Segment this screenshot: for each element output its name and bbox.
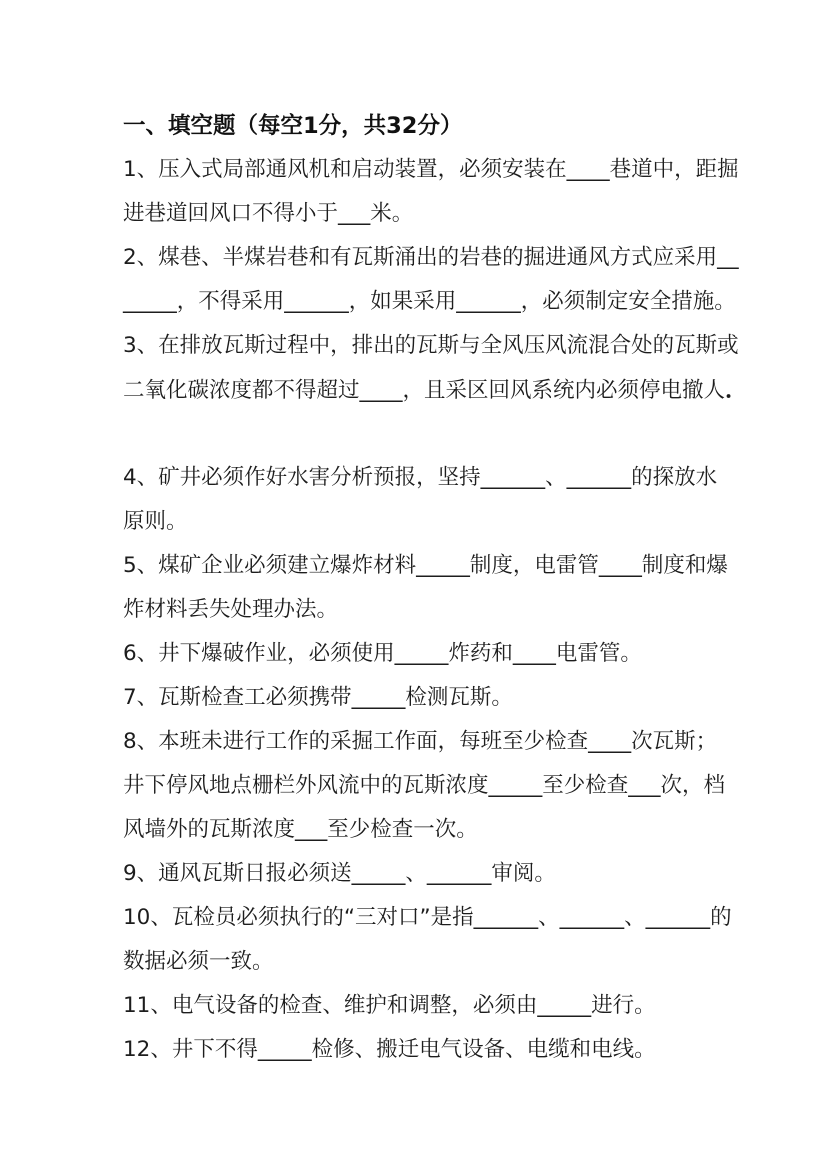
question-7-line-1: 7、瓦斯检查工必须携带_____检测瓦斯。	[123, 676, 743, 720]
question-8-line-2: 井下停风地点栅栏外风流中的瓦斯浓度_____至少检查___次，档	[123, 764, 743, 808]
question-2-line-2: _____，不得采用______，如果采用______，必须制定安全措施。	[123, 280, 743, 324]
question-3-line-1: 3、在排放瓦斯过程中，排出的瓦斯与全风压风流混合处的瓦斯或	[123, 324, 743, 368]
question-11-line-1: 11、电气设备的检查、维护和调整，必须由_____进行。	[123, 984, 743, 1028]
questions-list: 1、压入式局部通风机和启动装置，必须安装在____巷道中，距掘进巷道回风口不得小…	[123, 148, 743, 1072]
question-1-line-1: 1、压入式局部通风机和启动装置，必须安装在____巷道中，距掘	[123, 148, 743, 192]
question-12-line-1: 12、井下不得_____检修、搬迁电气设备、电缆和电线。	[123, 1028, 743, 1072]
exam-document-page: 一、填空题（每空1分，共32分） 1、压入式局部通风机和启动装置，必须安装在__…	[0, 0, 826, 1169]
section-heading: 一、填空题（每空1分，共32分）	[123, 104, 743, 148]
question-9-line-1: 9、通风瓦斯日报必须送_____、______审阅。	[123, 852, 743, 896]
question-3-line-2: 二氧化碳浓度都不得超过____，且采区回风系统内必须停电撤人．	[123, 368, 743, 412]
question-8-line-1: 8、本班未进行工作的采掘工作面，每班至少检查____次瓦斯；	[123, 720, 743, 764]
question-1-line-2: 进巷道回风口不得小于___米。	[123, 192, 743, 236]
question-10-line-1: 10、瓦检员必须执行的“三对口”是指______、______、______的	[123, 896, 743, 940]
question-8-line-3: 风墙外的瓦斯浓度___至少检查一次。	[123, 808, 743, 852]
question-5-line-1: 5、煤矿企业必须建立爆炸材料_____制度，电雷管____制度和爆	[123, 544, 743, 588]
question-5-line-2: 炸材料丢失处理办法。	[123, 588, 743, 632]
question-4-line-1: 4、矿井必须作好水害分析预报，坚持______、______的探放水	[123, 456, 743, 500]
question-3-end-period: ．	[725, 377, 748, 403]
blank-line-spacer	[123, 412, 743, 456]
question-2-line-1: 2、煤巷、半煤岩巷和有瓦斯涌出的岩巷的掘进通风方式应采用__	[123, 236, 743, 280]
question-6-line-1: 6、井下爆破作业，必须使用_____炸药和____电雷管。	[123, 632, 743, 676]
question-4-line-2: 原则。	[123, 500, 743, 544]
document-content: 一、填空题（每空1分，共32分） 1、压入式局部通风机和启动装置，必须安装在__…	[123, 104, 743, 1072]
question-10-line-2: 数据必须一致。	[123, 940, 743, 984]
